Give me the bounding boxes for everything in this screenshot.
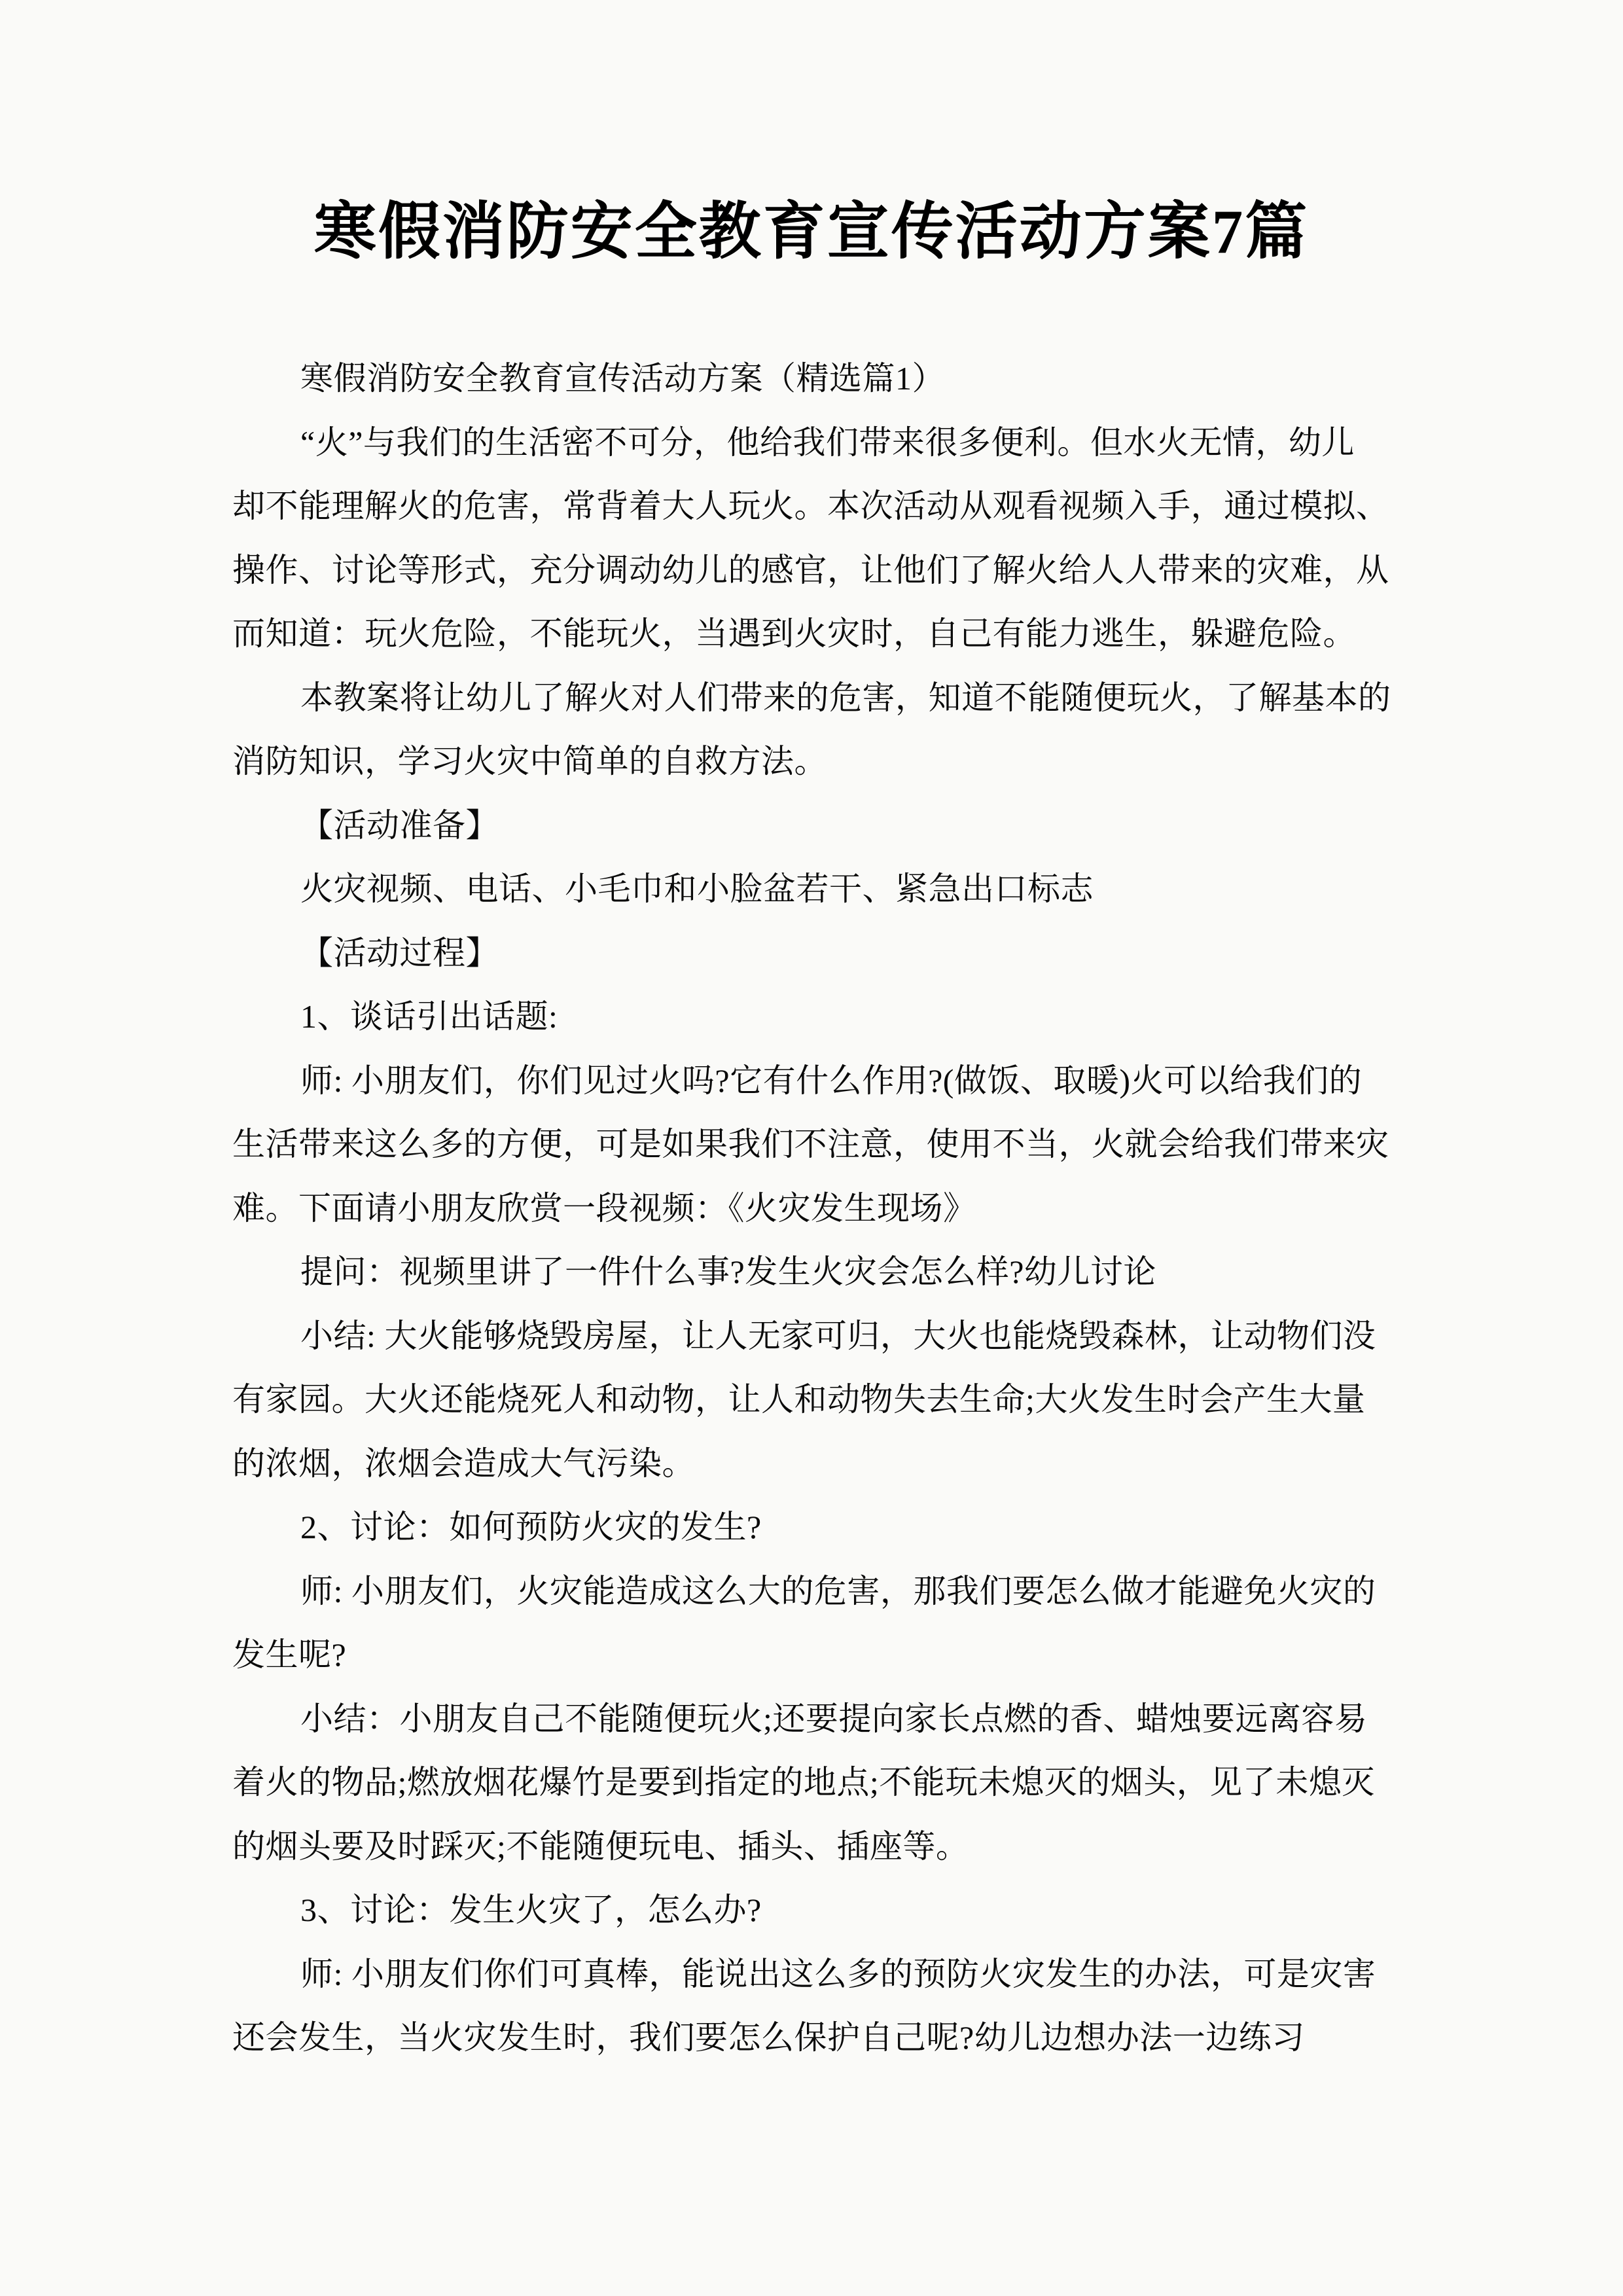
text-line: 生活带来这么多的方便，可是如果我们不注意，使用不当，火就会给我们带来灾 xyxy=(232,1113,1410,1177)
text-line: 师: 小朋友们你们可真棒，能说出这么多的预防火灾发生的办法，可是灾害 xyxy=(232,1943,1410,2007)
text-line: 发生呢? xyxy=(232,1623,1410,1687)
text-line: 小结: 大火能够烧毁房屋，让人无家可归，大火也能烧毁森林，让动物们没 xyxy=(232,1304,1410,1369)
text-line: 操作、讨论等形式，充分调动幼儿的感官，让他们了解火给人人带来的灾难，从 xyxy=(232,539,1410,603)
document-title: 寒假消防安全教育宣传活动方案7篇 xyxy=(0,195,1623,268)
text-line: 的浓烟，浓烟会造成大气污染。 xyxy=(232,1432,1410,1496)
text-line: 师: 小朋友们，火灾能造成这么大的危害，那我们要怎么做才能避免火灾的 xyxy=(232,1560,1410,1624)
text-line: 本教案将让幼儿了解火对人们带来的危害，知道不能随便玩火，了解基本的 xyxy=(232,666,1410,730)
text-line: 而知道：玩火危险，不能玩火，当遇到火灾时，自己有能力逃生，躲避危险。 xyxy=(232,602,1410,666)
text-line: 小结：小朋友自己不能随便玩火;还要提向家长点燃的香、蜡烛要远离容易 xyxy=(232,1687,1410,1751)
text-line: 的烟头要及时踩灭;不能随便玩电、插头、插座等。 xyxy=(232,1815,1410,1879)
text-line: 却不能理解火的危害，常背着大人玩火。本次活动从观看视频入手，通过模拟、 xyxy=(232,475,1410,539)
text-line: 1、谈话引出话题: xyxy=(232,985,1410,1049)
text-line: 提问：视频里讲了一件什么事?发生火灾会怎么样?幼儿讨论 xyxy=(232,1240,1410,1304)
text-line: 火灾视频、电话、小毛巾和小脸盆若干、紧急出口标志 xyxy=(232,857,1410,922)
text-line: 有家园。大火还能烧死人和动物，让人和动物失去生命;大火发生时会产生大量 xyxy=(232,1368,1410,1432)
text-line: 消防知识，学习火灾中简单的自救方法。 xyxy=(232,730,1410,794)
text-line: 3、讨论：发生火灾了，怎么办? xyxy=(232,1878,1410,1943)
text-line: 还会发生，当火灾发生时，我们要怎么保护自己呢?幼儿边想办法一边练习 xyxy=(232,2006,1410,2070)
document-body: 寒假消防安全教育宣传活动方案（精选篇1）“火”与我们的生活密不可分，他给我们带来… xyxy=(232,347,1410,2070)
text-line: 难。下面请小朋友欣赏一段视频：《火灾发生现场》 xyxy=(232,1177,1410,1241)
text-line: 着火的物品;燃放烟花爆竹是要到指定的地点;不能玩未熄灭的烟头，见了未熄灭 xyxy=(232,1751,1410,1815)
text-line: 寒假消防安全教育宣传活动方案（精选篇1） xyxy=(232,347,1410,411)
text-line: “火”与我们的生活密不可分，他给我们带来很多便利。但水火无情，幼儿 xyxy=(232,411,1410,475)
text-line: 师: 小朋友们，你们见过火吗?它有什么作用?(做饭、取暖)火可以给我们的 xyxy=(232,1049,1410,1113)
text-line: 【活动过程】 xyxy=(232,922,1410,986)
text-line: 2、讨论：如何预防火灾的发生? xyxy=(232,1496,1410,1560)
document-page: 寒假消防安全教育宣传活动方案7篇 寒假消防安全教育宣传活动方案（精选篇1）“火”… xyxy=(0,0,1623,2296)
text-line: 【活动准备】 xyxy=(232,794,1410,858)
